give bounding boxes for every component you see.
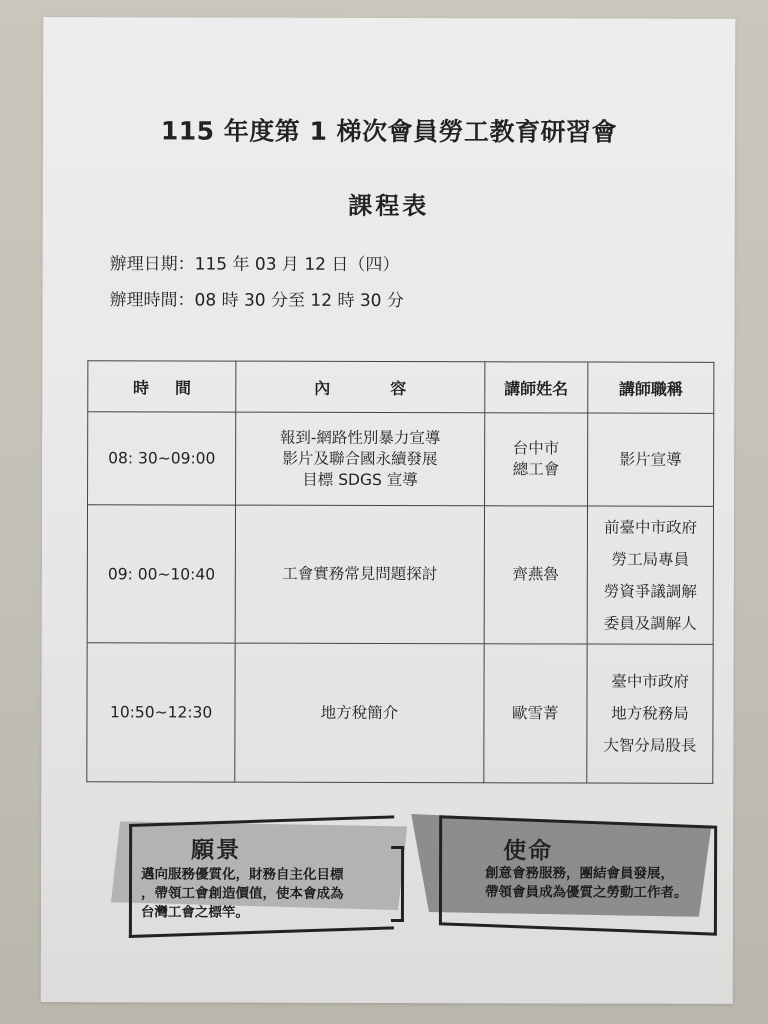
event-time: 辦理時間：08 時 30 分至 12 時 30 分 (110, 285, 404, 311)
title-line: 臺中市政府 (588, 666, 713, 698)
mission-line: 創意會務服務，團結會員發展， (485, 864, 725, 884)
instructor-title: 臺中市政府 地方稅務局 大智分局股長 (587, 644, 713, 783)
header-instructor-name: 講師姓名 (484, 362, 588, 413)
document-title: 115 年度第 1 梯次會員勞工教育研習會 (43, 111, 735, 149)
instructor-line: 台中市 (485, 438, 588, 459)
table-row: 08: 30~09:00 報到-網路性別暴力宣導 影片及聯合國永續發展 目標 S… (88, 412, 714, 507)
vision-line: 台灣工會之標竿。 (141, 903, 401, 923)
mission-banner: 使命 創意會務服務，團結會員發展， 帶領會員成為優質之勞動工作者。 (403, 808, 723, 939)
header-time: 時間 (88, 361, 236, 412)
session-content: 工會實務常見問題探討 (235, 505, 484, 644)
instructor-line: 歐雪菁 (484, 703, 587, 724)
printed-document: 115 年度第 1 梯次會員勞工教育研習會 課程表 辦理日期：115 年 03 … (41, 17, 736, 1004)
mission-text: 創意會務服務，團結會員發展， 帶領會員成為優質之勞動工作者。 (485, 864, 725, 903)
content-line: 工會實務常見問題探討 (236, 564, 483, 586)
document-subtitle: 課程表 (43, 185, 735, 222)
mission-line: 帶領會員成為優質之勞動工作者。 (485, 883, 725, 903)
table-row: 09: 00~10:40 工會實務常見問題探討 齊燕魯 前臺中市政府 勞工局專員… (87, 505, 713, 645)
content-line: 影片及聯合國永續發展 (236, 448, 483, 470)
instructor-name: 歐雪菁 (483, 644, 587, 783)
session-content: 地方稅簡介 (235, 643, 484, 783)
event-date: 辦理日期：115 年 03 月 12 日（四） (110, 249, 400, 275)
instructor-name: 台中市 總工會 (484, 413, 588, 506)
vision-text: 邁向服務優質化，財務自主化目標 ，帶領工會創造價值，使本會成為 台灣工會之標竿。 (141, 865, 401, 923)
title-line: 勞資爭議調解 (588, 575, 713, 607)
vision-heading: 願景 (191, 831, 241, 864)
course-schedule-table: 時間 內容 講師姓名 講師職稱 08: 30~09:00 報到-網路性別暴力宣導… (86, 360, 714, 784)
title-line: 地方稅務局 (588, 698, 713, 730)
session-content: 報到-網路性別暴力宣導 影片及聯合國永續發展 目標 SDGS 宣導 (236, 412, 484, 506)
instructor-line: 總工會 (485, 459, 588, 480)
vision-banner: 願景 邁向服務優質化，財務自主化目標 ，帶領工會創造價值，使本會成為 台灣工會之… (111, 807, 411, 938)
session-time: 09: 00~10:40 (87, 505, 236, 643)
session-time: 08: 30~09:00 (88, 412, 237, 505)
vision-line: ，帶領工會創造價值，使本會成為 (141, 884, 401, 904)
session-time: 10:50~12:30 (87, 643, 236, 782)
table-header-row: 時間 內容 講師姓名 講師職稱 (88, 361, 714, 414)
vision-line: 邁向服務優質化，財務自主化目標 (141, 865, 401, 885)
instructor-line: 齊燕魯 (484, 564, 587, 585)
header-instructor-title: 講師職稱 (588, 362, 714, 413)
title-line: 勞工局專員 (588, 543, 713, 575)
title-line: 前臺中市政府 (588, 511, 713, 543)
mission-heading: 使命 (503, 832, 553, 865)
title-line: 影片宣導 (588, 449, 713, 470)
header-content: 內容 (236, 361, 484, 413)
table-row: 10:50~12:30 地方稅簡介 歐雪菁 臺中市政府 地方稅務局 大智分局股長 (87, 643, 713, 784)
instructor-title: 前臺中市政府 勞工局專員 勞資爭議調解 委員及調解人 (587, 506, 713, 644)
instructor-name: 齊燕魯 (484, 506, 588, 644)
content-line: 目標 SDGS 宣導 (236, 469, 483, 491)
content-line: 報到-網路性別暴力宣導 (237, 427, 484, 449)
title-line: 大智分局股長 (587, 730, 712, 762)
content-line: 地方稅簡介 (236, 702, 483, 724)
instructor-title: 影片宣導 (588, 413, 714, 506)
title-line: 委員及調解人 (588, 607, 713, 639)
